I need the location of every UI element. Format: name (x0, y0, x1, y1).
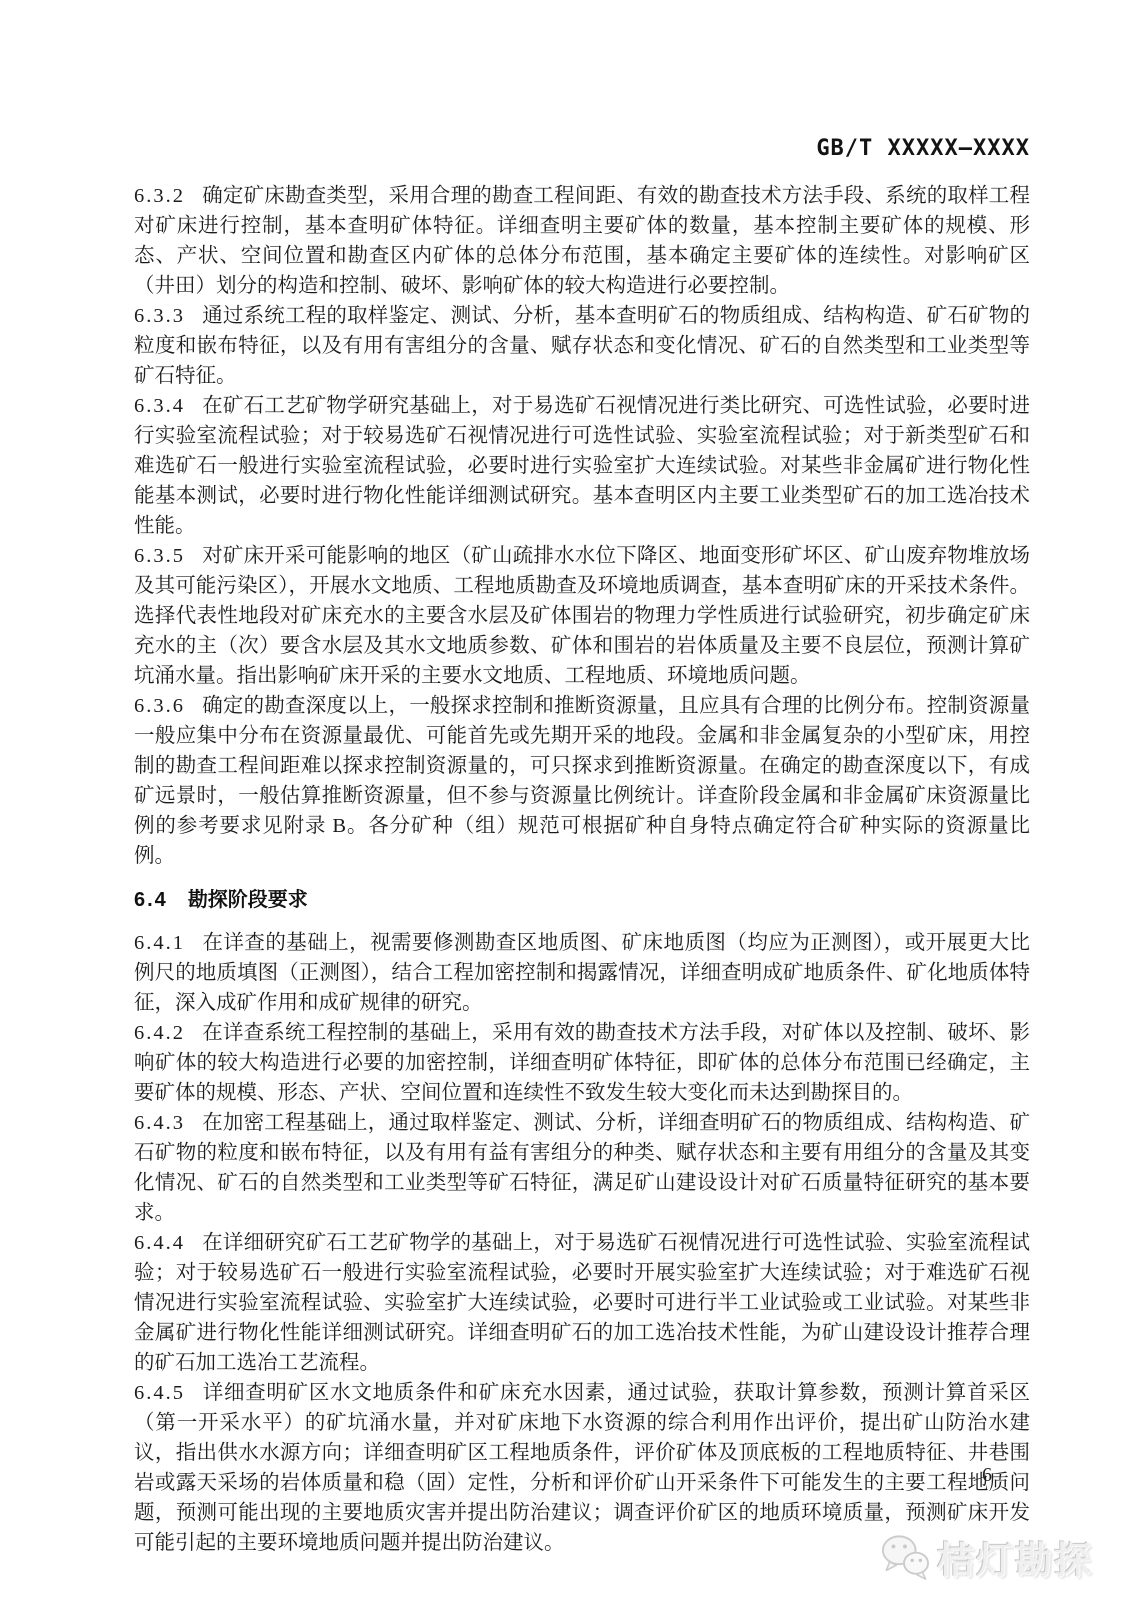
section-title: 勘探阶段要求 (188, 889, 308, 911)
clause-6-3-6: 6.3.6确定的勘查深度以上，一般探求控制和推断资源量，且应具有合理的比例分布。… (134, 691, 1030, 871)
page-number: 6 (134, 1464, 992, 1487)
wechat-icon (879, 1533, 931, 1581)
clause-6-3-5: 6.3.5对矿床开采可能影响的地区（矿山疏排水水位下降区、地面变形矿坏区、矿山废… (134, 541, 1030, 691)
clause-text: 在详查系统工程控制的基础上，采用有效的勘查技术方法手段，对矿体以及控制、破坏、影… (134, 1022, 1030, 1104)
clause-number: 6.3.5 (134, 545, 185, 567)
watermark-label: 桔灯勘探 (937, 1530, 1093, 1584)
clause-6-4-1: 6.4.1在详查的基础上，视需要修测勘查区地质图、矿床地质图（均应为正测图），或… (134, 928, 1030, 1018)
clause-text: 对矿床开采可能影响的地区（矿山疏排水水位下降区、地面变形矿坏区、矿山废弃物堆放场… (134, 545, 1030, 687)
clause-6-3-4: 6.3.4在矿石工艺矿物学研究基础上，对于易选矿石视情况进行类比研究、可选性试验… (134, 391, 1030, 541)
clause-text: 确定矿床勘查类型，采用合理的勘查工程间距、有效的勘查技术方法手段、系统的取样工程… (134, 185, 1030, 297)
document-body: 6.3.2确定矿床勘查类型，采用合理的勘查工程间距、有效的勘查技术方法手段、系统… (134, 181, 1030, 1558)
section-number: 6.4 (134, 889, 168, 911)
clause-text: 确定的勘查深度以上，一般探求控制和推断资源量，且应具有合理的比例分布。控制资源量… (134, 695, 1030, 867)
clause-number: 6.3.6 (134, 695, 185, 717)
clause-number: 6.3.4 (134, 395, 185, 417)
document-page: GB/T XXXXX—XXXX 6.3.2确定矿床勘查类型，采用合理的勘查工程间… (0, 0, 1131, 1600)
watermark: 桔灯勘探 (879, 1530, 1093, 1584)
clause-text: 在矿石工艺矿物学研究基础上，对于易选矿石视情况进行类比研究、可选性试验，必要时进… (134, 395, 1030, 537)
clause-number: 6.3.3 (134, 305, 185, 327)
clause-number: 6.4.2 (134, 1022, 185, 1044)
standard-number-header: GB/T XXXXX—XXXX (134, 136, 1030, 161)
clause-number: 6.4.5 (134, 1382, 185, 1404)
clause-number: 6.4.1 (134, 932, 185, 954)
clause-text: 在加密工程基础上，通过取样鉴定、测试、分析，详细查明矿石的物质组成、结构构造、矿… (134, 1112, 1030, 1224)
clause-text: 在详细研究矿石工艺矿物学的基础上，对于易选矿石视情况进行可选性试验、实验室流程试… (134, 1232, 1030, 1374)
section-heading-6-4: 6.4勘探阶段要求 (134, 885, 1030, 915)
clause-6-3-3: 6.3.3通过系统工程的取样鉴定、测试、分析，基本查明矿石的物质组成、结构构造、… (134, 301, 1030, 391)
clause-number: 6.4.3 (134, 1112, 185, 1134)
clause-number: 6.4.4 (134, 1232, 185, 1254)
clause-text: 通过系统工程的取样鉴定、测试、分析，基本查明矿石的物质组成、结构构造、矿石矿物的… (134, 305, 1030, 387)
clause-6-4-4: 6.4.4在详细研究矿石工艺矿物学的基础上，对于易选矿石视情况进行可选性试验、实… (134, 1228, 1030, 1378)
clause-number: 6.3.2 (134, 185, 185, 207)
clause-text: 在详查的基础上，视需要修测勘查区地质图、矿床地质图（均应为正测图），或开展更大比… (134, 932, 1030, 1014)
clause-6-4-2: 6.4.2在详查系统工程控制的基础上，采用有效的勘查技术方法手段，对矿体以及控制… (134, 1018, 1030, 1108)
clause-6-3-2: 6.3.2确定矿床勘查类型，采用合理的勘查工程间距、有效的勘查技术方法手段、系统… (134, 181, 1030, 301)
clause-6-4-3: 6.4.3在加密工程基础上，通过取样鉴定、测试、分析，详细查明矿石的物质组成、结… (134, 1108, 1030, 1228)
